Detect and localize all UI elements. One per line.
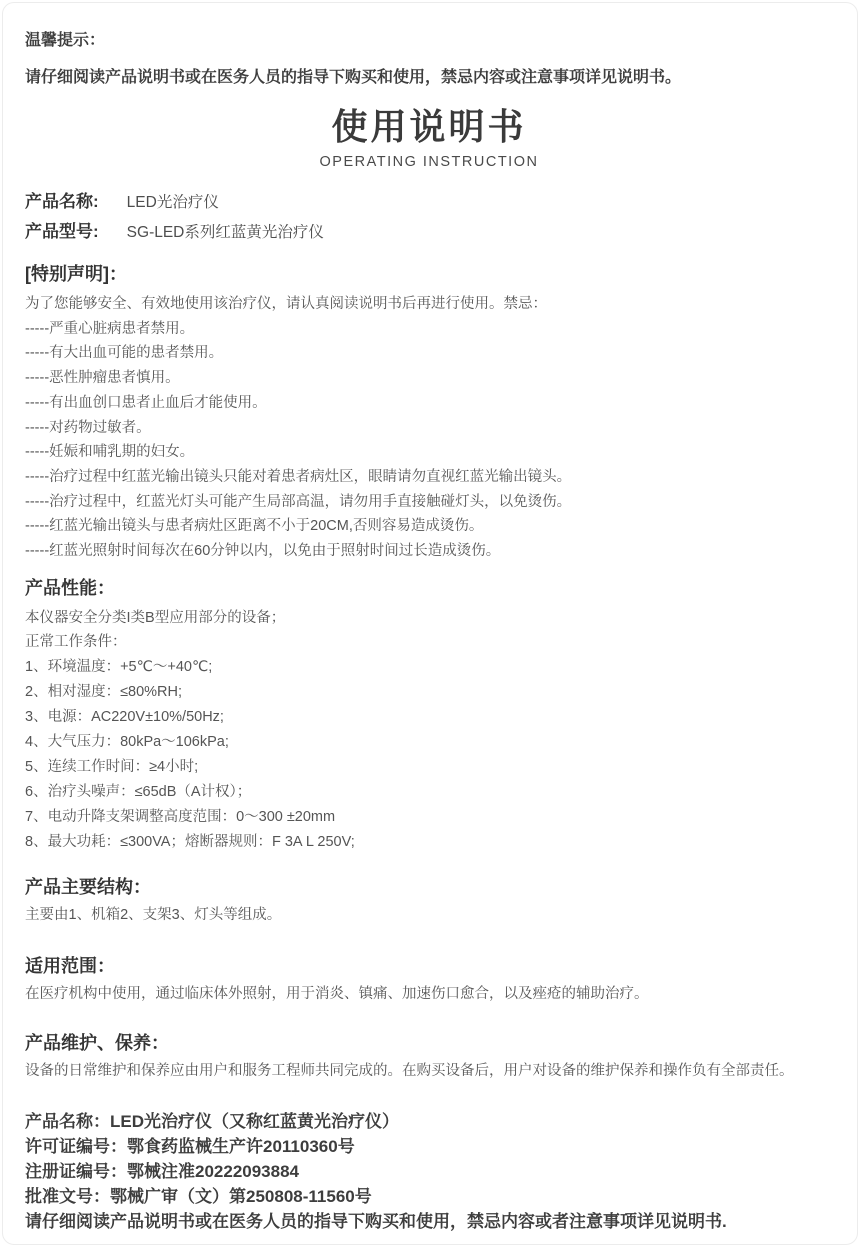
structure-heading: 产品主要结构：: [25, 875, 833, 900]
maintenance-section: 产品维护、保养： 设备的日常维护和保养应由用户和服务工程师共同完成的。在购买设备…: [25, 1031, 833, 1084]
statement-item: -----恶性肿瘤患者慎用。: [25, 366, 833, 391]
notice-text: 请仔细阅读产品说明书或在医务人员的指导下购买和使用，禁忌内容或注意事项详见说明书…: [25, 64, 833, 87]
statement-item: -----有大出血可能的患者禁用。: [25, 341, 833, 366]
product-model-label: 产品型号:: [25, 222, 99, 241]
special-statement-heading: [特别声明]：: [25, 262, 833, 287]
instruction-document-card: 温馨提示： 请仔细阅读产品说明书或在医务人员的指导下购买和使用，禁忌内容或注意事…: [2, 2, 858, 1245]
footer-product-name: 产品名称：LED光治疗仪（又称红蓝黄光治疗仪）: [25, 1109, 833, 1134]
performance-item: 6、治疗头噪声：≤65dB（A计权）；: [25, 780, 833, 805]
statement-item: -----妊娠和哺乳期的妇女。: [25, 440, 833, 465]
product-name-row: 产品名称:LED光治疗仪: [25, 187, 833, 217]
page-title: 使用说明书: [25, 107, 833, 147]
notice-label: 温馨提示：: [25, 27, 833, 50]
footer-notice-text: 请仔细阅读产品说明书或在医务人员的指导下购买和使用，禁忌内容或者注意事项详见说明…: [25, 1209, 833, 1234]
performance-line: 正常工作条件：: [25, 630, 833, 655]
footer-license-number: 许可证编号：鄂食药监械生产许20110360号: [25, 1134, 833, 1159]
product-info-block: 产品名称:LED光治疗仪 产品型号:SG-LED系列红蓝黄光治疗仪: [25, 187, 833, 247]
performance-item: 3、电源：AC220V±10%/50Hz;: [25, 705, 833, 730]
product-model-row: 产品型号:SG-LED系列红蓝黄光治疗仪: [25, 217, 833, 247]
statement-item: -----红蓝光输出镜头与患者病灶区距离不小于20CM,否则容易造成烫伤。: [25, 514, 833, 539]
performance-item: 5、连续工作时间：≥4小时;: [25, 755, 833, 780]
structure-text: 主要由1、机箱2、支架3、灯头等组成。: [25, 903, 833, 928]
statement-item: -----治疗过程中，红蓝光灯头可能产生局部高温，请勿用手直接触碰灯头，以免烫伤…: [25, 490, 833, 515]
page-subtitle: OPERATING INSTRUCTION: [25, 154, 833, 170]
statement-item: -----治疗过程中红蓝光输出镜头只能对着患者病灶区，眼睛请勿直视红蓝光输出镜头…: [25, 465, 833, 490]
product-name-value: LED光治疗仪: [127, 194, 219, 211]
special-statement-intro: 为了您能够安全、有效地使用该治疗仪，请认真阅读说明书后再进行使用。禁忌：: [25, 292, 833, 317]
structure-section: 产品主要结构： 主要由1、机箱2、支架3、灯头等组成。: [25, 875, 833, 928]
product-name-label: 产品名称:: [25, 192, 99, 211]
statement-item: -----对药物过敏者。: [25, 416, 833, 441]
performance-line: 本仪器安全分类I类B型应用部分的设备；: [25, 606, 833, 631]
footer-registration-number: 注册证编号：鄂械注准20222093884: [25, 1159, 833, 1184]
performance-item: 7、电动升降支架调整高度范围：0～300 ±20mm: [25, 805, 833, 830]
statement-item: -----红蓝光照射时间每次在60分钟以内，以免由于照射时间过长造成烫伤。: [25, 539, 833, 564]
footer-approval-number: 批准文号：鄂械广审（文）第250808-11560号: [25, 1184, 833, 1209]
maintenance-text: 设备的日常维护和保养应由用户和服务工程师共同完成的。在购买设备后，用户对设备的维…: [25, 1059, 833, 1084]
performance-item: 1、环境温度：+5℃～+40℃;: [25, 655, 833, 680]
performance-item: 2、相对湿度：≤80%RH;: [25, 680, 833, 705]
special-statement-section: [特别声明]： 为了您能够安全、有效地使用该治疗仪，请认真阅读说明书后再进行使用…: [25, 262, 833, 564]
statement-item: -----有出血创口患者止血后才能使用。: [25, 391, 833, 416]
performance-item: 8、最大功耗：≤300VA；熔断器规则：F 3A L 250V;: [25, 830, 833, 855]
scope-section: 适用范围： 在医疗机构中使用，通过临床体外照射，用于消炎、镇痛、加速伤口愈合，以…: [25, 954, 833, 1007]
scope-text: 在医疗机构中使用，通过临床体外照射，用于消炎、镇痛、加速伤口愈合，以及痤疮的辅助…: [25, 982, 833, 1007]
product-model-value: SG-LED系列红蓝黄光治疗仪: [127, 224, 324, 241]
scope-heading: 适用范围：: [25, 954, 833, 979]
registration-footer: 产品名称：LED光治疗仪（又称红蓝黄光治疗仪） 许可证编号：鄂食药监械生产许20…: [25, 1109, 833, 1234]
statement-item: -----严重心脏病患者禁用。: [25, 317, 833, 342]
performance-item: 4、大气压力：80kPa～106kPa;: [25, 730, 833, 755]
performance-heading: 产品性能：: [25, 576, 833, 601]
performance-section: 产品性能： 本仪器安全分类I类B型应用部分的设备； 正常工作条件： 1、环境温度…: [25, 576, 833, 855]
maintenance-heading: 产品维护、保养：: [25, 1031, 833, 1056]
